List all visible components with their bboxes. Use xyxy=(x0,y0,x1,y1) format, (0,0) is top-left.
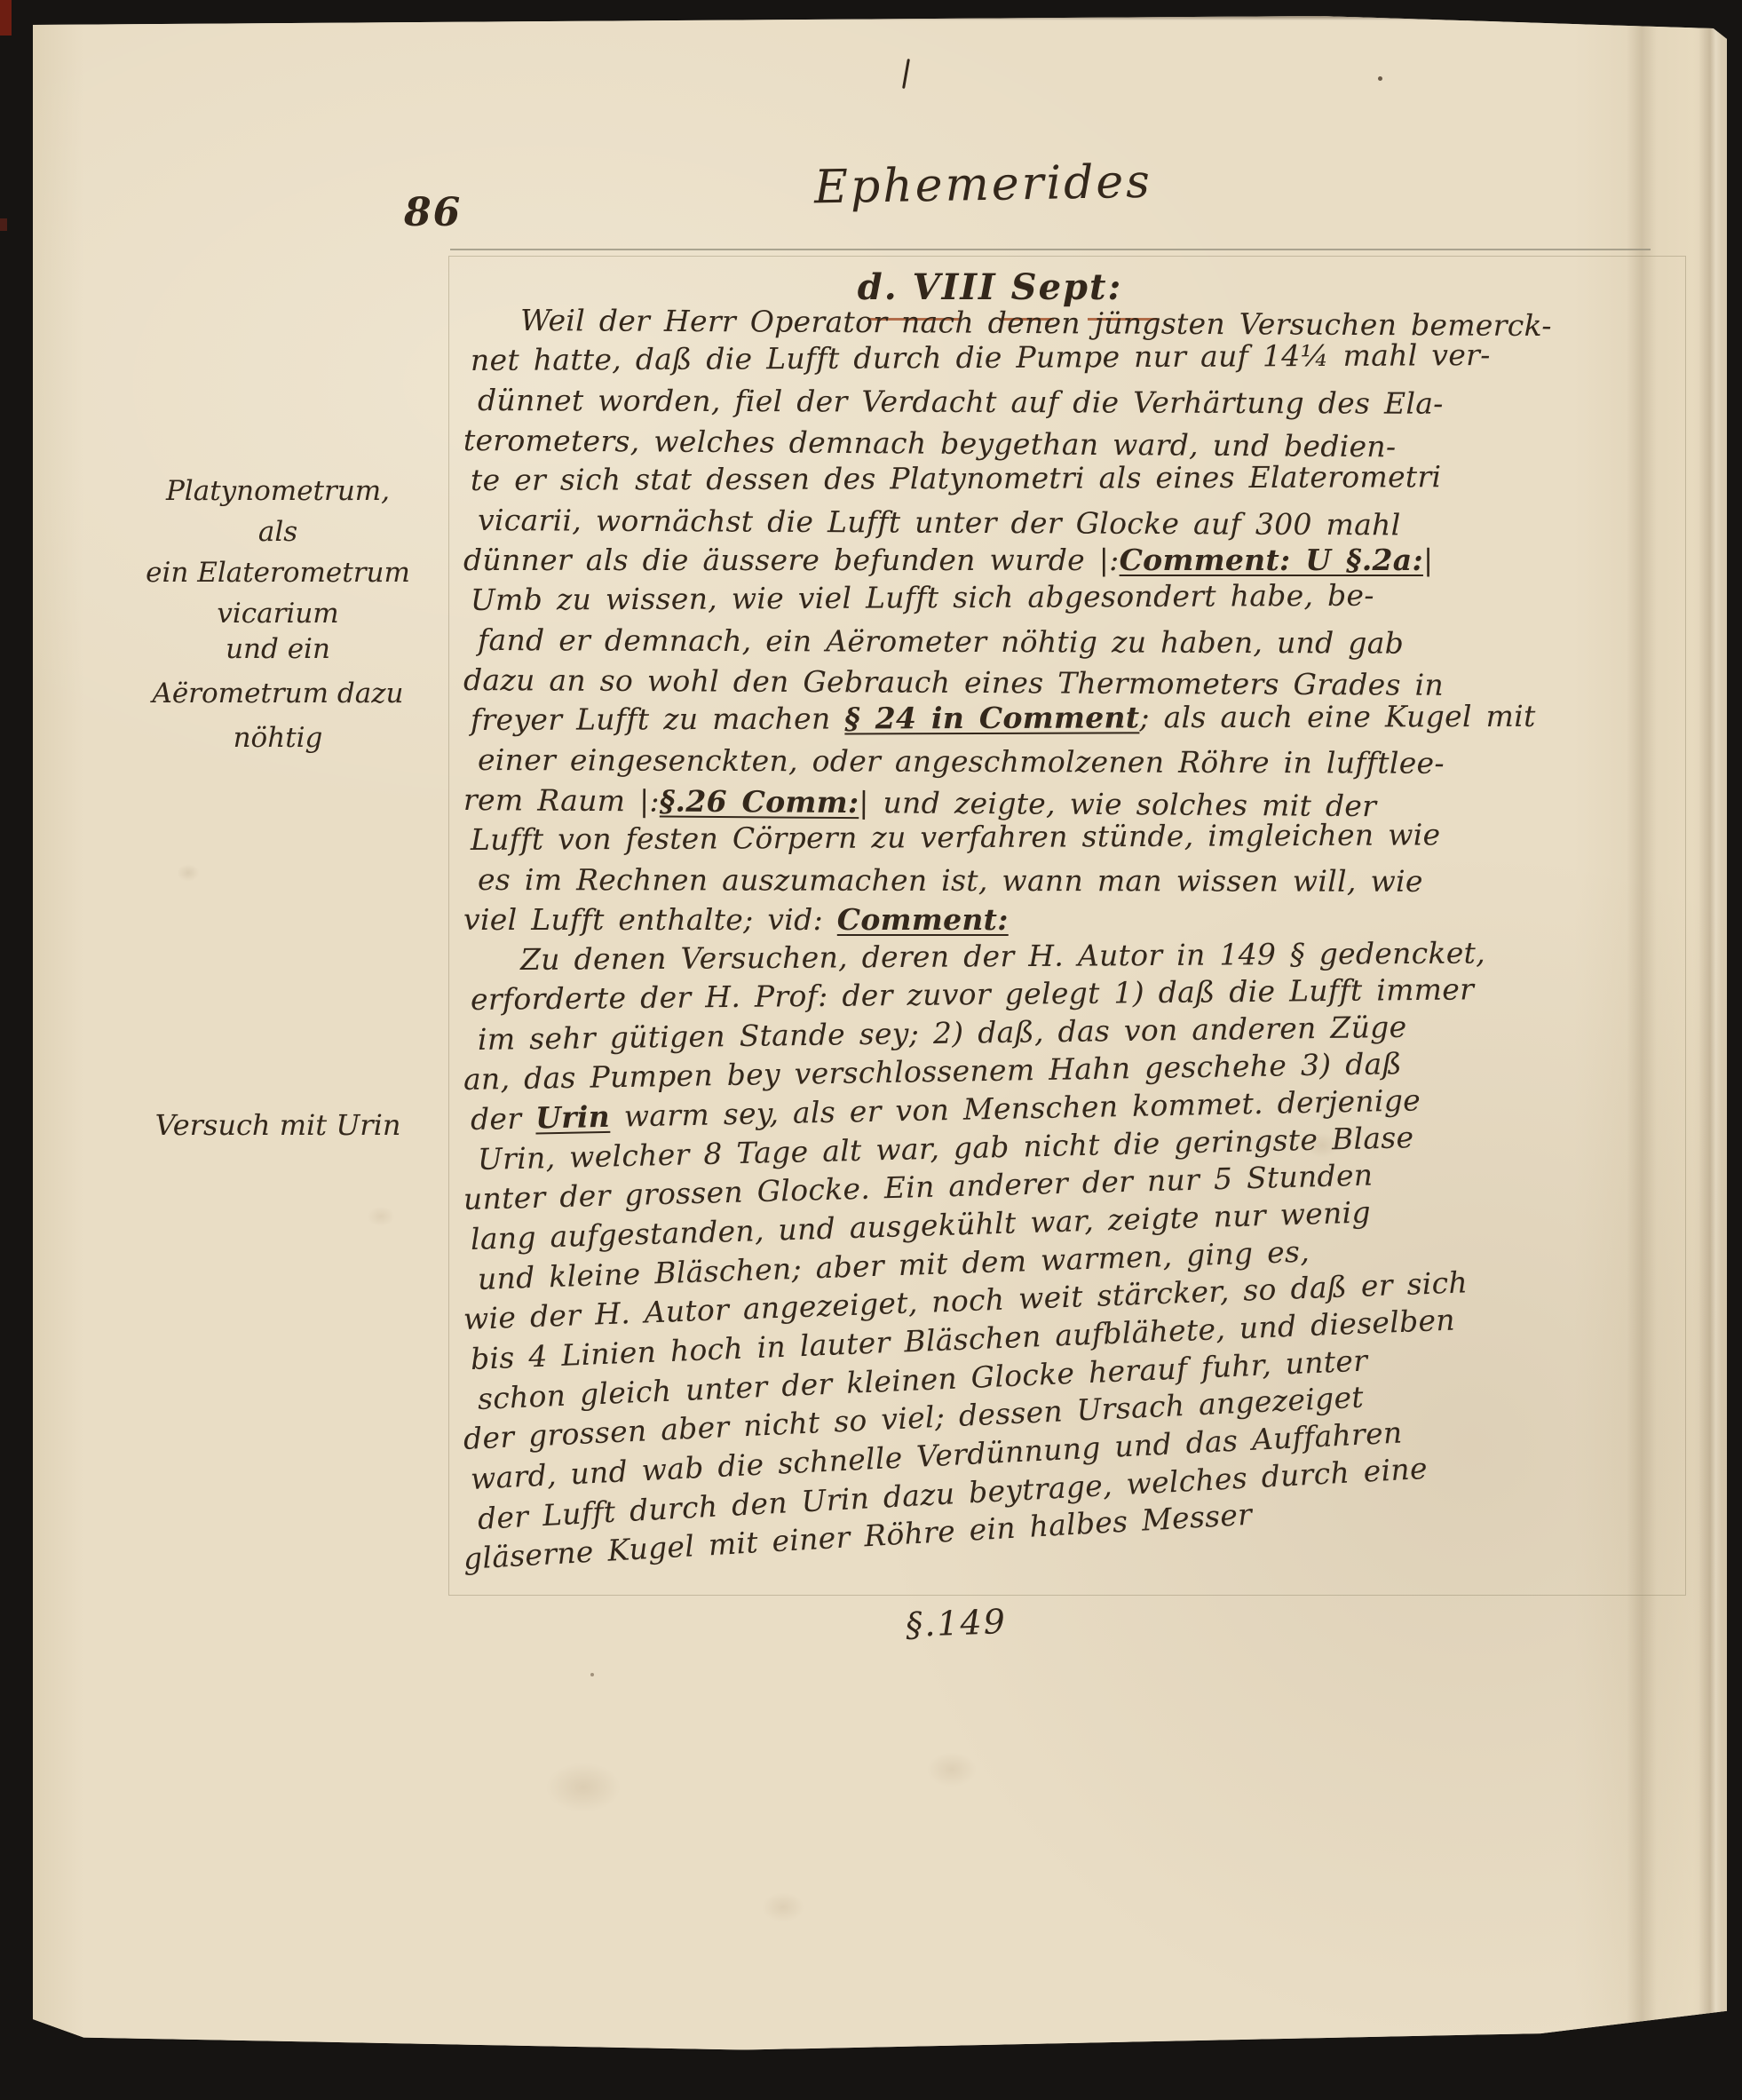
margin-note-line: Aërometrum dazu xyxy=(84,671,471,716)
manuscript-line: Lufft von festen Cörpern zu verfahren st… xyxy=(471,813,1665,860)
manuscript-line: dünnet worden, fiel der Verdacht auf die… xyxy=(478,380,1665,424)
margin-note-line: Versuch mit Urin xyxy=(84,1105,471,1145)
manuscript-line: einer eingesenckten, oder angeschmolzene… xyxy=(478,740,1665,784)
page-number: 86 xyxy=(404,190,462,235)
margin-note-line: und ein xyxy=(84,627,471,671)
ink-speck xyxy=(1378,76,1382,81)
manuscript-line: Umb zu wissen, wie viel Lufft sich abges… xyxy=(471,574,1665,620)
paragraph-2: Zu denen Versuchen, deren der H. Autor i… xyxy=(471,939,1665,1579)
running-header-title: Ephemerides xyxy=(814,155,1153,215)
manuscript-line: es im Rechnen auszumachen ist, wann man … xyxy=(478,860,1665,901)
manuscript-line: te er sich stat dessen des Platynometri … xyxy=(471,456,1665,500)
paper-fold-shading xyxy=(1698,16,1722,2060)
margin-note-line: ein Elaterometrum xyxy=(84,552,471,593)
margin-note-line: als xyxy=(84,511,471,552)
margin-note-line: nöhtig xyxy=(84,716,471,760)
header-rule-line xyxy=(450,249,1651,250)
margin-note-versuch-mit-urin: Versuch mit Urin xyxy=(84,1105,471,1145)
manuscript-line: freyer Lufft zu machen § 24 in Comment; … xyxy=(471,695,1665,740)
paragraph-1: Weil der Herr Operator nach denen jüngst… xyxy=(471,300,1665,939)
manuscript-line: fand er demnach, ein Aërometer nöhtig zu… xyxy=(478,620,1665,664)
scan-frame: 86 Ephemerides d. VIII Sept: Platynometr… xyxy=(0,0,1742,2100)
manuscript-line: net hatte, daß die Lufft durch die Pumpe… xyxy=(471,334,1665,380)
red-edge-mark xyxy=(0,0,12,36)
margin-note-aerometrum: und einAërometrum dazunöhtig xyxy=(84,627,471,760)
margin-note-line: Platynometrum, xyxy=(84,471,471,511)
footer-section-ref: §.149 xyxy=(905,1602,1007,1644)
stray-ink-stroke xyxy=(902,59,910,89)
red-edge-mark-small xyxy=(0,218,7,231)
ink-speck xyxy=(590,1673,594,1676)
page-top-edge-shadow xyxy=(33,16,1727,20)
body-text: Weil der Herr Operator nach denen jüngst… xyxy=(471,300,1665,1579)
margin-note-platynometrum: Platynometrum,alsein Elaterometrumvicari… xyxy=(84,471,471,634)
manuscript-page: 86 Ephemerides d. VIII Sept: Platynometr… xyxy=(33,16,1727,2060)
